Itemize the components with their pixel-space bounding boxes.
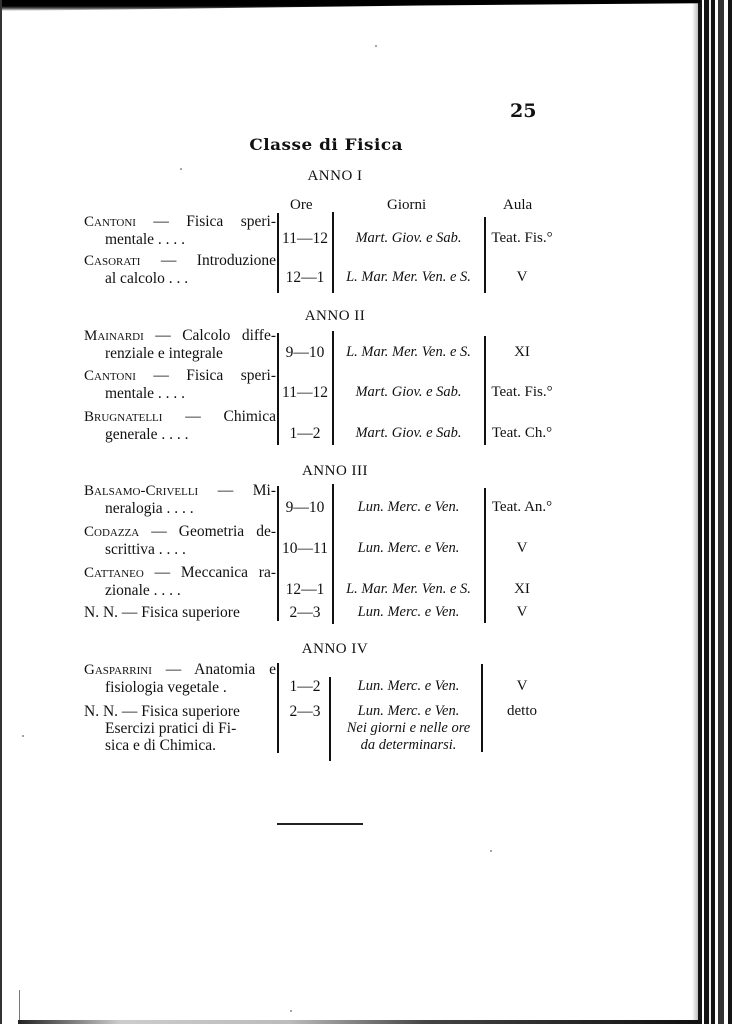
hours-cell: 2—3 xyxy=(278,703,332,720)
days-cell: L. Mar. Mer. Ven. e S. xyxy=(333,344,484,361)
hours-cell: 1—2 xyxy=(278,678,332,695)
room-cell: detto xyxy=(486,703,558,720)
room-cell: XI xyxy=(486,581,558,598)
hours-cell: 10—11 xyxy=(278,540,332,557)
days-cell: Lun. Merc. e Ven. xyxy=(333,678,484,695)
professor-name: Cantoni xyxy=(84,368,136,384)
course-cell: Gasparrini — Anatomia e fisiologia veget… xyxy=(84,661,276,696)
year-heading: ANNO III xyxy=(250,463,420,480)
professor-name: Casorati xyxy=(84,253,140,269)
course-cell: Cantoni — Fisica speri- mentale . . . . xyxy=(84,367,276,402)
course-cell: Balsamo-Crivelli — Mi- neralogia . . . . xyxy=(84,482,276,517)
column-header-ore: Ore xyxy=(290,197,313,214)
days-cell: Lun. Merc. e Ven. xyxy=(333,540,484,557)
days-cell: Lun. Merc. e Ven. xyxy=(333,499,484,516)
year-heading: ANNO IV xyxy=(250,641,420,658)
hours-cell: 2—3 xyxy=(278,604,332,621)
course-cell: Brugnatelli — Chimica generale . . . . xyxy=(84,408,276,443)
scan-edge-top xyxy=(0,0,700,11)
year-heading: ANNO II xyxy=(250,308,420,325)
scan-speck xyxy=(375,45,377,47)
course-cell: Codazza — Geometria de- scrittiva . . . … xyxy=(84,523,276,558)
course-cell: N. N. — Fisica superiore xyxy=(84,604,276,621)
days-cell: Lun. Merc. e Ven. xyxy=(333,703,484,720)
scan-edge-bottom xyxy=(18,1020,698,1024)
days-cell: Mart. Giov. e Sab. xyxy=(333,230,484,247)
course-cell: Cantoni — Fisica speri- mentale . . . . xyxy=(84,213,276,248)
course-subject: fisiologia vegetale . xyxy=(84,679,276,696)
hours-cell: 1—2 xyxy=(278,425,332,442)
scanned-page: 25 Classe di Fisica ANNO I Ore Giorni Au… xyxy=(0,0,732,1024)
professor-name: Mainardi xyxy=(84,328,144,344)
scan-speck xyxy=(490,850,492,852)
room-cell: Teat. Fis.° xyxy=(486,384,558,401)
room-cell: Teat. Fis.° xyxy=(486,230,558,247)
professor-name: Brugnatelli xyxy=(84,409,162,425)
column-header-giorni: Giorni xyxy=(387,197,426,214)
days-cell: L. Mar. Mer. Ven. e S. xyxy=(333,269,484,286)
course-subject: mentale . . . . xyxy=(84,385,276,402)
professor-name: Codazza xyxy=(84,524,139,540)
hours-cell: 9—10 xyxy=(278,499,332,516)
course-subject: Esercizi pratici di Fi- xyxy=(84,720,276,737)
professor-name: N. N. xyxy=(84,703,118,720)
column-header-aula: Aula xyxy=(503,197,532,214)
scan-speck xyxy=(290,1010,292,1012)
room-cell: V xyxy=(486,678,558,695)
scan-edge-tick xyxy=(19,990,20,1020)
course-subject: al calcolo . . . xyxy=(84,270,276,287)
scan-speck xyxy=(180,168,182,170)
professor-name: Cattaneo xyxy=(84,565,144,581)
days-cell: Mart. Giov. e Sab. xyxy=(333,384,484,401)
room-cell: V xyxy=(486,269,558,286)
room-cell: V xyxy=(486,604,558,621)
professor-name: N. N. xyxy=(84,604,118,621)
days-cell: Mart. Giov. e Sab. xyxy=(333,425,484,442)
hours-cell: 9—10 xyxy=(278,344,332,361)
course-cell: Casorati — Introduzione al calcolo . . . xyxy=(84,252,276,287)
days-cell: Lun. Merc. e Ven. xyxy=(333,604,484,621)
course-subject: neralogia . . . . xyxy=(84,500,276,517)
scan-edge-right xyxy=(698,0,732,1024)
professor-name: Cantoni xyxy=(84,214,136,230)
room-cell: V xyxy=(486,540,558,557)
course-subject: renziale e integrale xyxy=(84,345,276,362)
room-cell: Teat. An.° xyxy=(486,499,558,516)
room-cell: Teat. Ch.° xyxy=(486,425,558,442)
course-cell: N. N. — Fisica superiore Esercizi pratic… xyxy=(84,703,276,754)
hours-cell: 12—1 xyxy=(278,581,332,598)
hours-cell: 11—12 xyxy=(278,230,332,247)
page-title: Classe di Fisica xyxy=(0,135,652,154)
scan-speck xyxy=(22,735,24,737)
professor-name: Gasparrini xyxy=(84,662,152,678)
course-subject: generale . . . . xyxy=(84,426,276,443)
course-subject: mentale . . . . xyxy=(84,231,276,248)
course-subject: scrittiva . . . . xyxy=(84,541,276,558)
closing-rule xyxy=(277,823,363,825)
hours-cell: 12—1 xyxy=(278,269,332,286)
page-number: 25 xyxy=(510,100,536,122)
room-cell: XI xyxy=(486,344,558,361)
course-cell: Mainardi — Calcolo diffe- renziale e int… xyxy=(84,327,276,362)
course-subject-cont: sica e di Chimica. xyxy=(84,737,276,754)
hours-cell: 11—12 xyxy=(278,384,332,401)
course-cell: Cattaneo — Meccanica ra- zionale . . . . xyxy=(84,564,276,599)
days-note: Nei giorni e nelle ore xyxy=(333,720,484,737)
course-subject: zionale . . . . xyxy=(84,582,276,599)
days-cell: L. Mar. Mer. Ven. e S. xyxy=(333,581,484,598)
year-heading: ANNO I xyxy=(250,168,420,185)
professor-name: Balsamo-Crivelli xyxy=(84,483,198,499)
days-note-cont: da determinarsi. xyxy=(333,737,484,754)
